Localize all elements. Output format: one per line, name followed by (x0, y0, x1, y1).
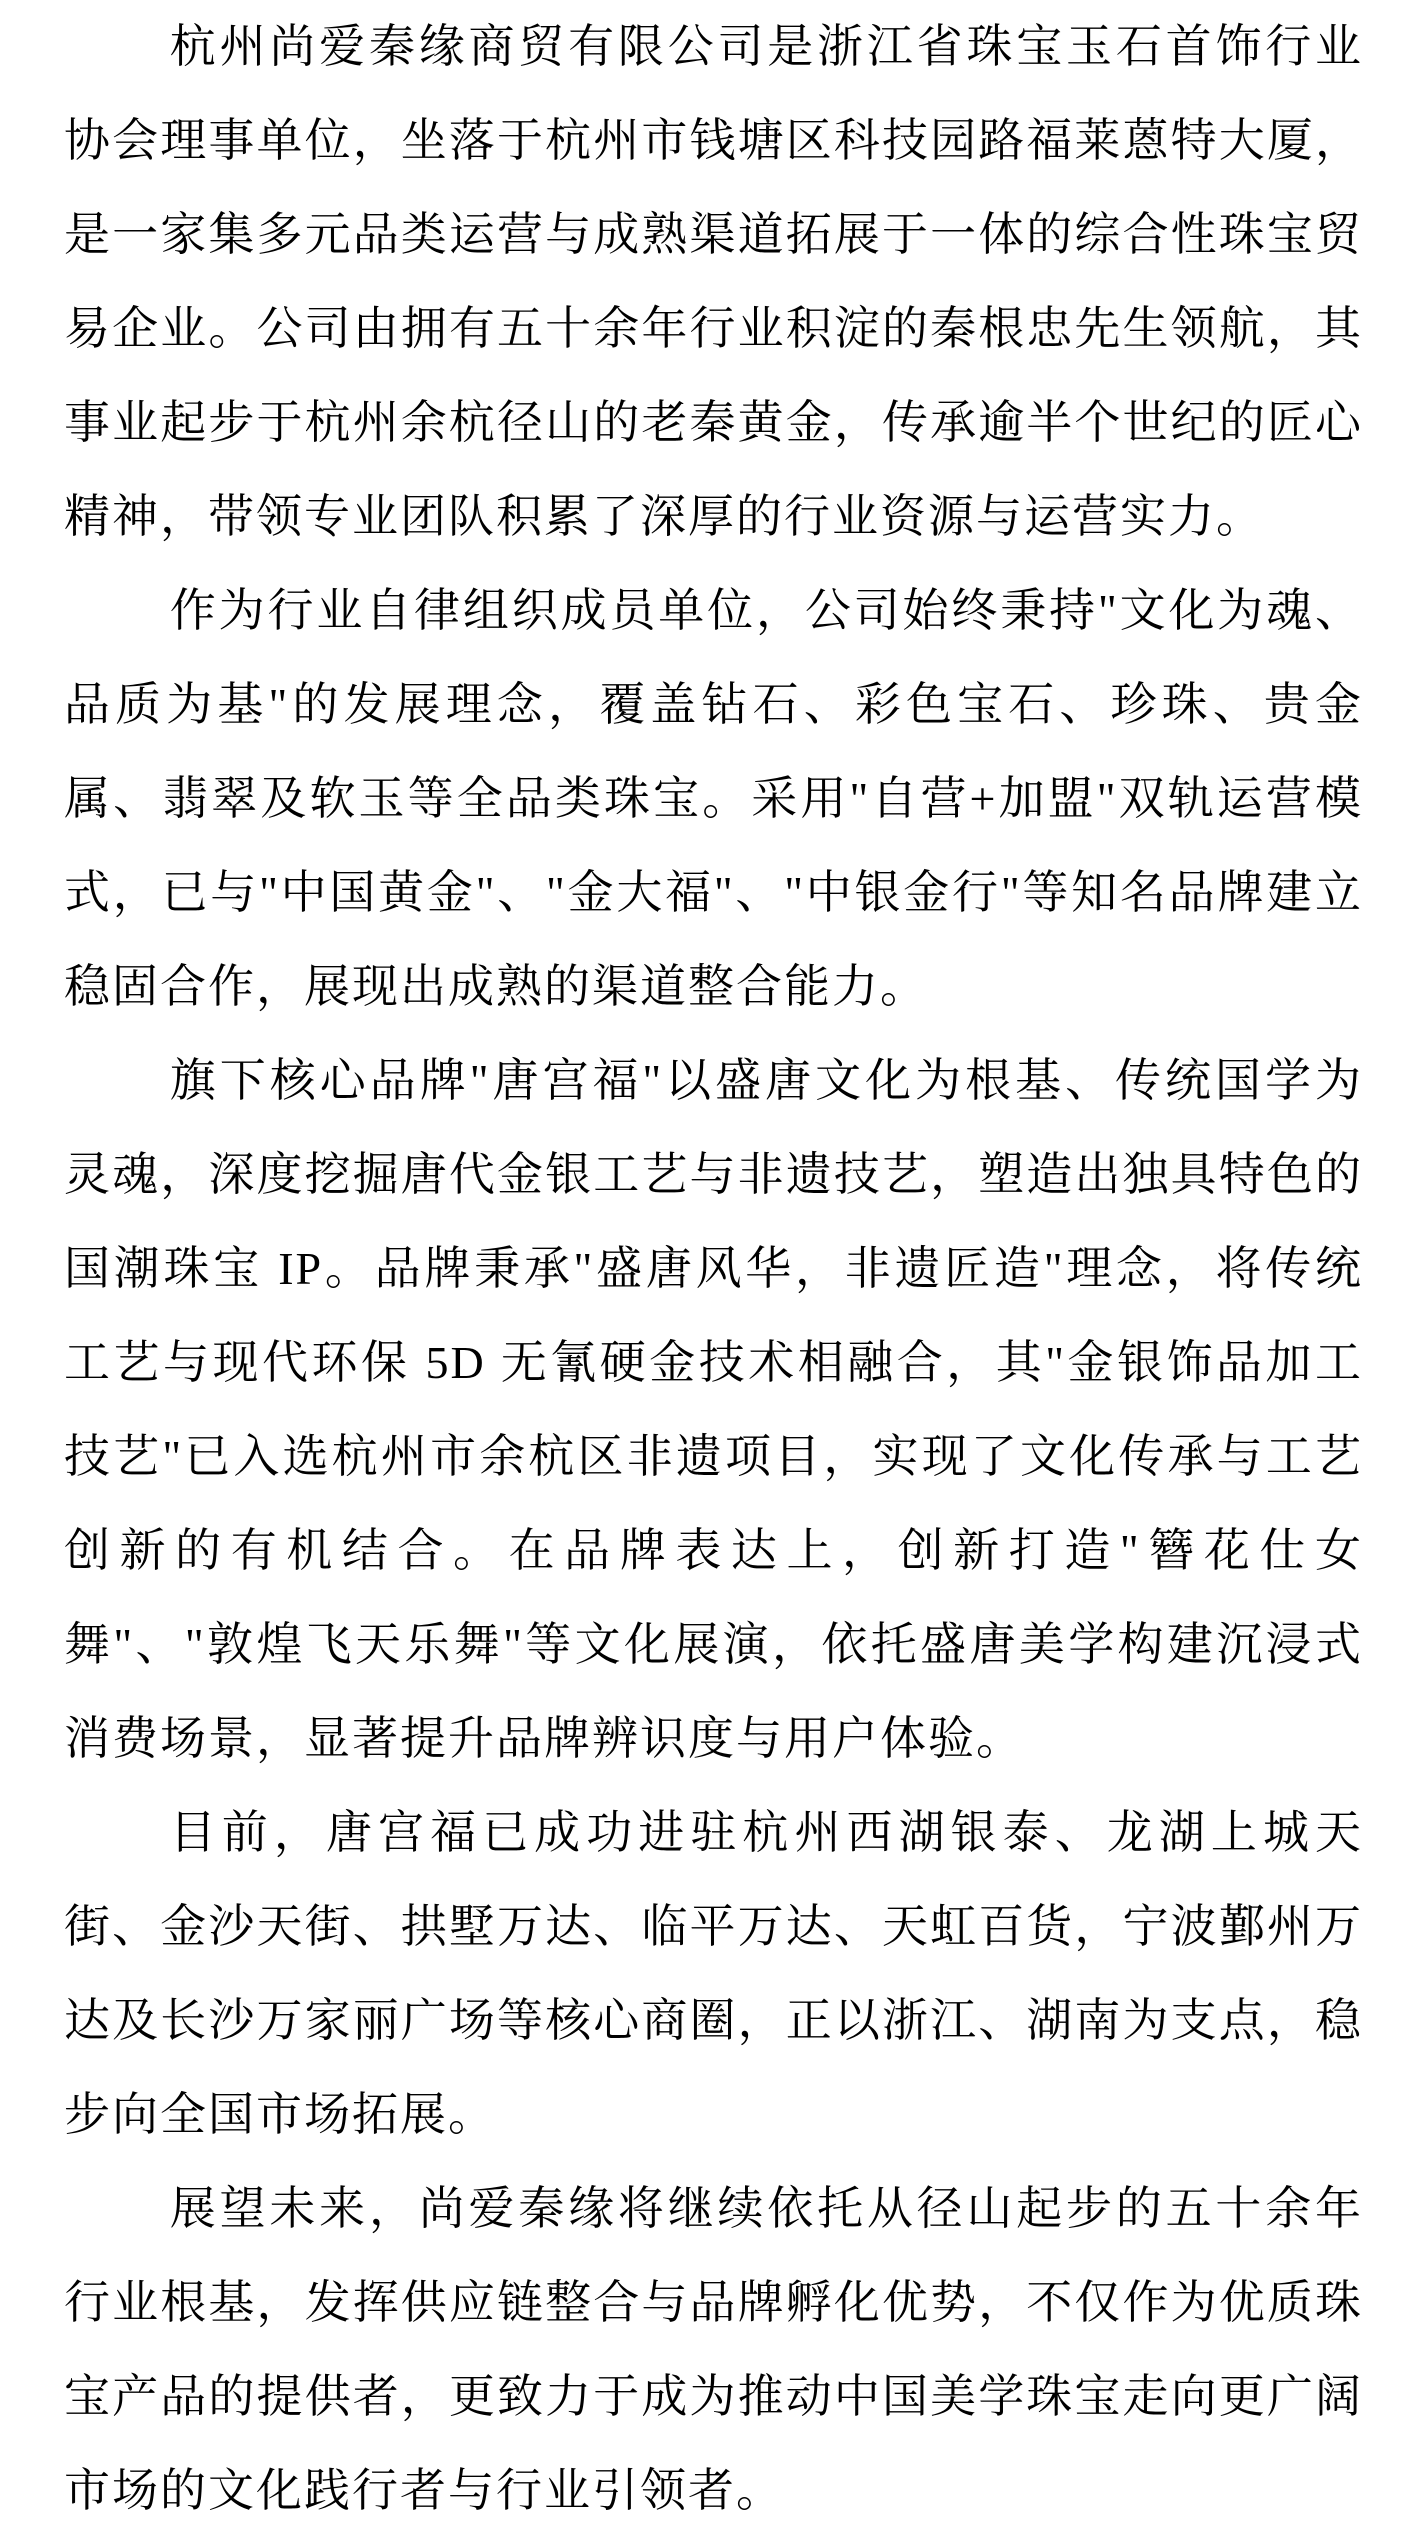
paragraph-business-model: 作为行业自律组织成员单位，公司始终秉持"文化为魂、品质为基"的发展理念，覆盖钻石… (64, 564, 1363, 1034)
paragraph-store-locations: 目前，唐宫福已成功进驻杭州西湖银泰、龙湖上城天街、金沙天街、拱墅万达、临平万达、… (64, 1786, 1363, 2162)
paragraph-core-brand: 旗下核心品牌"唐宫福"以盛唐文化为根基、传统国学为灵魂，深度挖掘唐代金银工艺与非… (64, 1034, 1363, 1786)
paragraph-future-outlook: 展望未来，尚爱秦缘将继续依托从径山起步的五十余年行业根基，发挥供应链整合与品牌孵… (64, 2162, 1363, 2536)
document-page: 杭州尚爱秦缘商贸有限公司是浙江省珠宝玉石首饰行业协会理事单位，坐落于杭州市钱塘区… (0, 0, 1401, 2536)
paragraph-company-intro: 杭州尚爱秦缘商贸有限公司是浙江省珠宝玉石首饰行业协会理事单位，坐落于杭州市钱塘区… (64, 0, 1363, 564)
